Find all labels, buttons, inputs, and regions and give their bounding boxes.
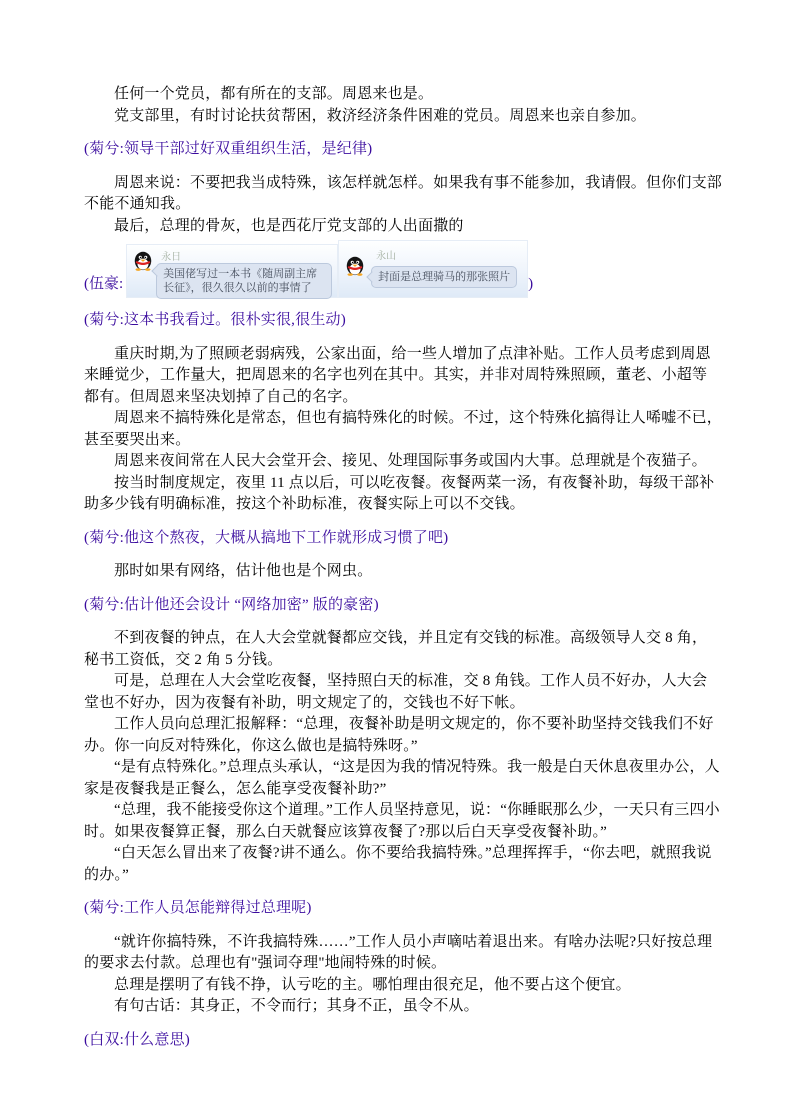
paragraph: 工作人员向总理汇报解释：“总理，夜餐补助是明文规定的，你不要补助坚持交钱我们不好… <box>84 714 722 757</box>
annotation-comment: (菊兮:工作人员怎能辩得过总理呢) <box>84 898 722 920</box>
paragraph: 按当时制度规定，夜里 11 点以后，可以吃夜餐。夜餐两菜一汤，有夜餐补助，每级干… <box>84 473 722 516</box>
qq-chat-screenshot-2: 永山 封面是总理骑马的那张照片 <box>338 240 528 298</box>
paragraph: “是有点特殊化。”总理点头承认，“这是因为我的情况特殊。我一般是白天休息夜里办公… <box>84 757 722 800</box>
qq-penguin-avatar-icon <box>344 254 366 276</box>
paragraph: 那时如果有网络，估计他也是个网虫。 <box>84 561 722 583</box>
paragraph: 可是，总理在人大会堂吃夜餐，坚持照白天的标准，交 8 角钱。工作人员不好办，人大… <box>84 671 722 714</box>
qq-penguin-avatar-icon <box>132 249 154 271</box>
paragraph: 不到夜餐的钟点，在人大会堂就餐都应交钱，并且定有交钱的标准。高级领导人交 8 角… <box>84 628 722 671</box>
annotation-comment: (菊兮:领导干部过好双重组织生活，是纪律) <box>84 139 722 161</box>
paragraph: 有句古话：其身正，不令而行；其身不正，虽令不从。 <box>84 996 722 1018</box>
paragraph: 重庆时期,为了照顾老弱病残，公家出面，给一些人增加了点津补贴。工作人员考虑到周恩… <box>84 344 722 409</box>
paragraph: 总理是摆明了有钱不挣，认亏吃的主。哪怕理由很充足，他不要占这个便宜。 <box>84 975 722 997</box>
paragraph: 周恩来夜间常在人民大会堂开会、接见、处理国际事务或国内大事。总理就是个夜猫子。 <box>84 451 722 473</box>
paragraph: 周恩来说：不要把我当成特殊，该怎样就怎样。如果我有事不能参加，我请假。但你们支部… <box>84 173 722 216</box>
paragraph: 最后，总理的骨灰，也是西花厅党支部的人出面撒的 <box>84 216 722 238</box>
chat-bubble: 封面是总理骑马的那张照片 <box>371 266 517 288</box>
annotation-with-chat-screenshots: (伍豪: 永日 美国佬写过一本书《随周副主席长征》，很久很久以前的事情了 <box>84 240 722 298</box>
paragraph: “白天怎么冒出来了夜餐?讲不通么。你不要给我搞特殊。”总理挥挥手，“你去吧，就照… <box>84 843 722 886</box>
chat-bubble: 美国佬写过一本书《随周副主席长征》，很久很久以前的事情了 <box>156 263 332 299</box>
qq-chat-screenshot-1: 永日 美国佬写过一本书《随周副主席长征》，很久很久以前的事情了 <box>126 244 338 298</box>
document-page: 任何一个党员，都有所在的支部。周恩来也是。 党支部里，有时讨论扶贫帮困，救济经济… <box>0 0 800 1100</box>
chat-nickname: 永山 <box>376 247 396 262</box>
paragraph: 周恩来不搞特殊化是常态，但也有搞特殊化的时候。不过，这个特殊化搞得让人唏嘘不已，… <box>84 408 722 451</box>
annotation-comment: (菊兮:这本书我看过。很朴实很,很生动) <box>84 310 722 332</box>
paragraph: 任何一个党员，都有所在的支部。周恩来也是。 <box>84 84 722 106</box>
paragraph: “总理，我不能接受你这个道理。”工作人员坚持意见，说：“你睡眠那么少，一天只有三… <box>84 800 722 843</box>
paragraph: 党支部里，有时讨论扶贫帮困，救济经济条件困难的党员。周恩来也亲自参加。 <box>84 106 722 128</box>
annotation-comment: (菊兮:估计他还会设计 “网络加密” 版的豪密) <box>84 595 722 617</box>
annotation-suffix: ) <box>528 274 533 299</box>
annotation-comment: (菊兮:他这个熬夜，大概从搞地下工作就形成习惯了吧) <box>84 528 722 550</box>
annotation-comment: (白双:什么意思) <box>84 1030 722 1052</box>
annotation-prefix: (伍豪: <box>84 274 123 299</box>
paragraph: “就许你搞特殊，不许我搞特殊……”工作人员小声嘀咕着退出来。有啥办法呢?只好按总… <box>84 932 722 975</box>
chat-nickname: 永日 <box>161 248 181 263</box>
